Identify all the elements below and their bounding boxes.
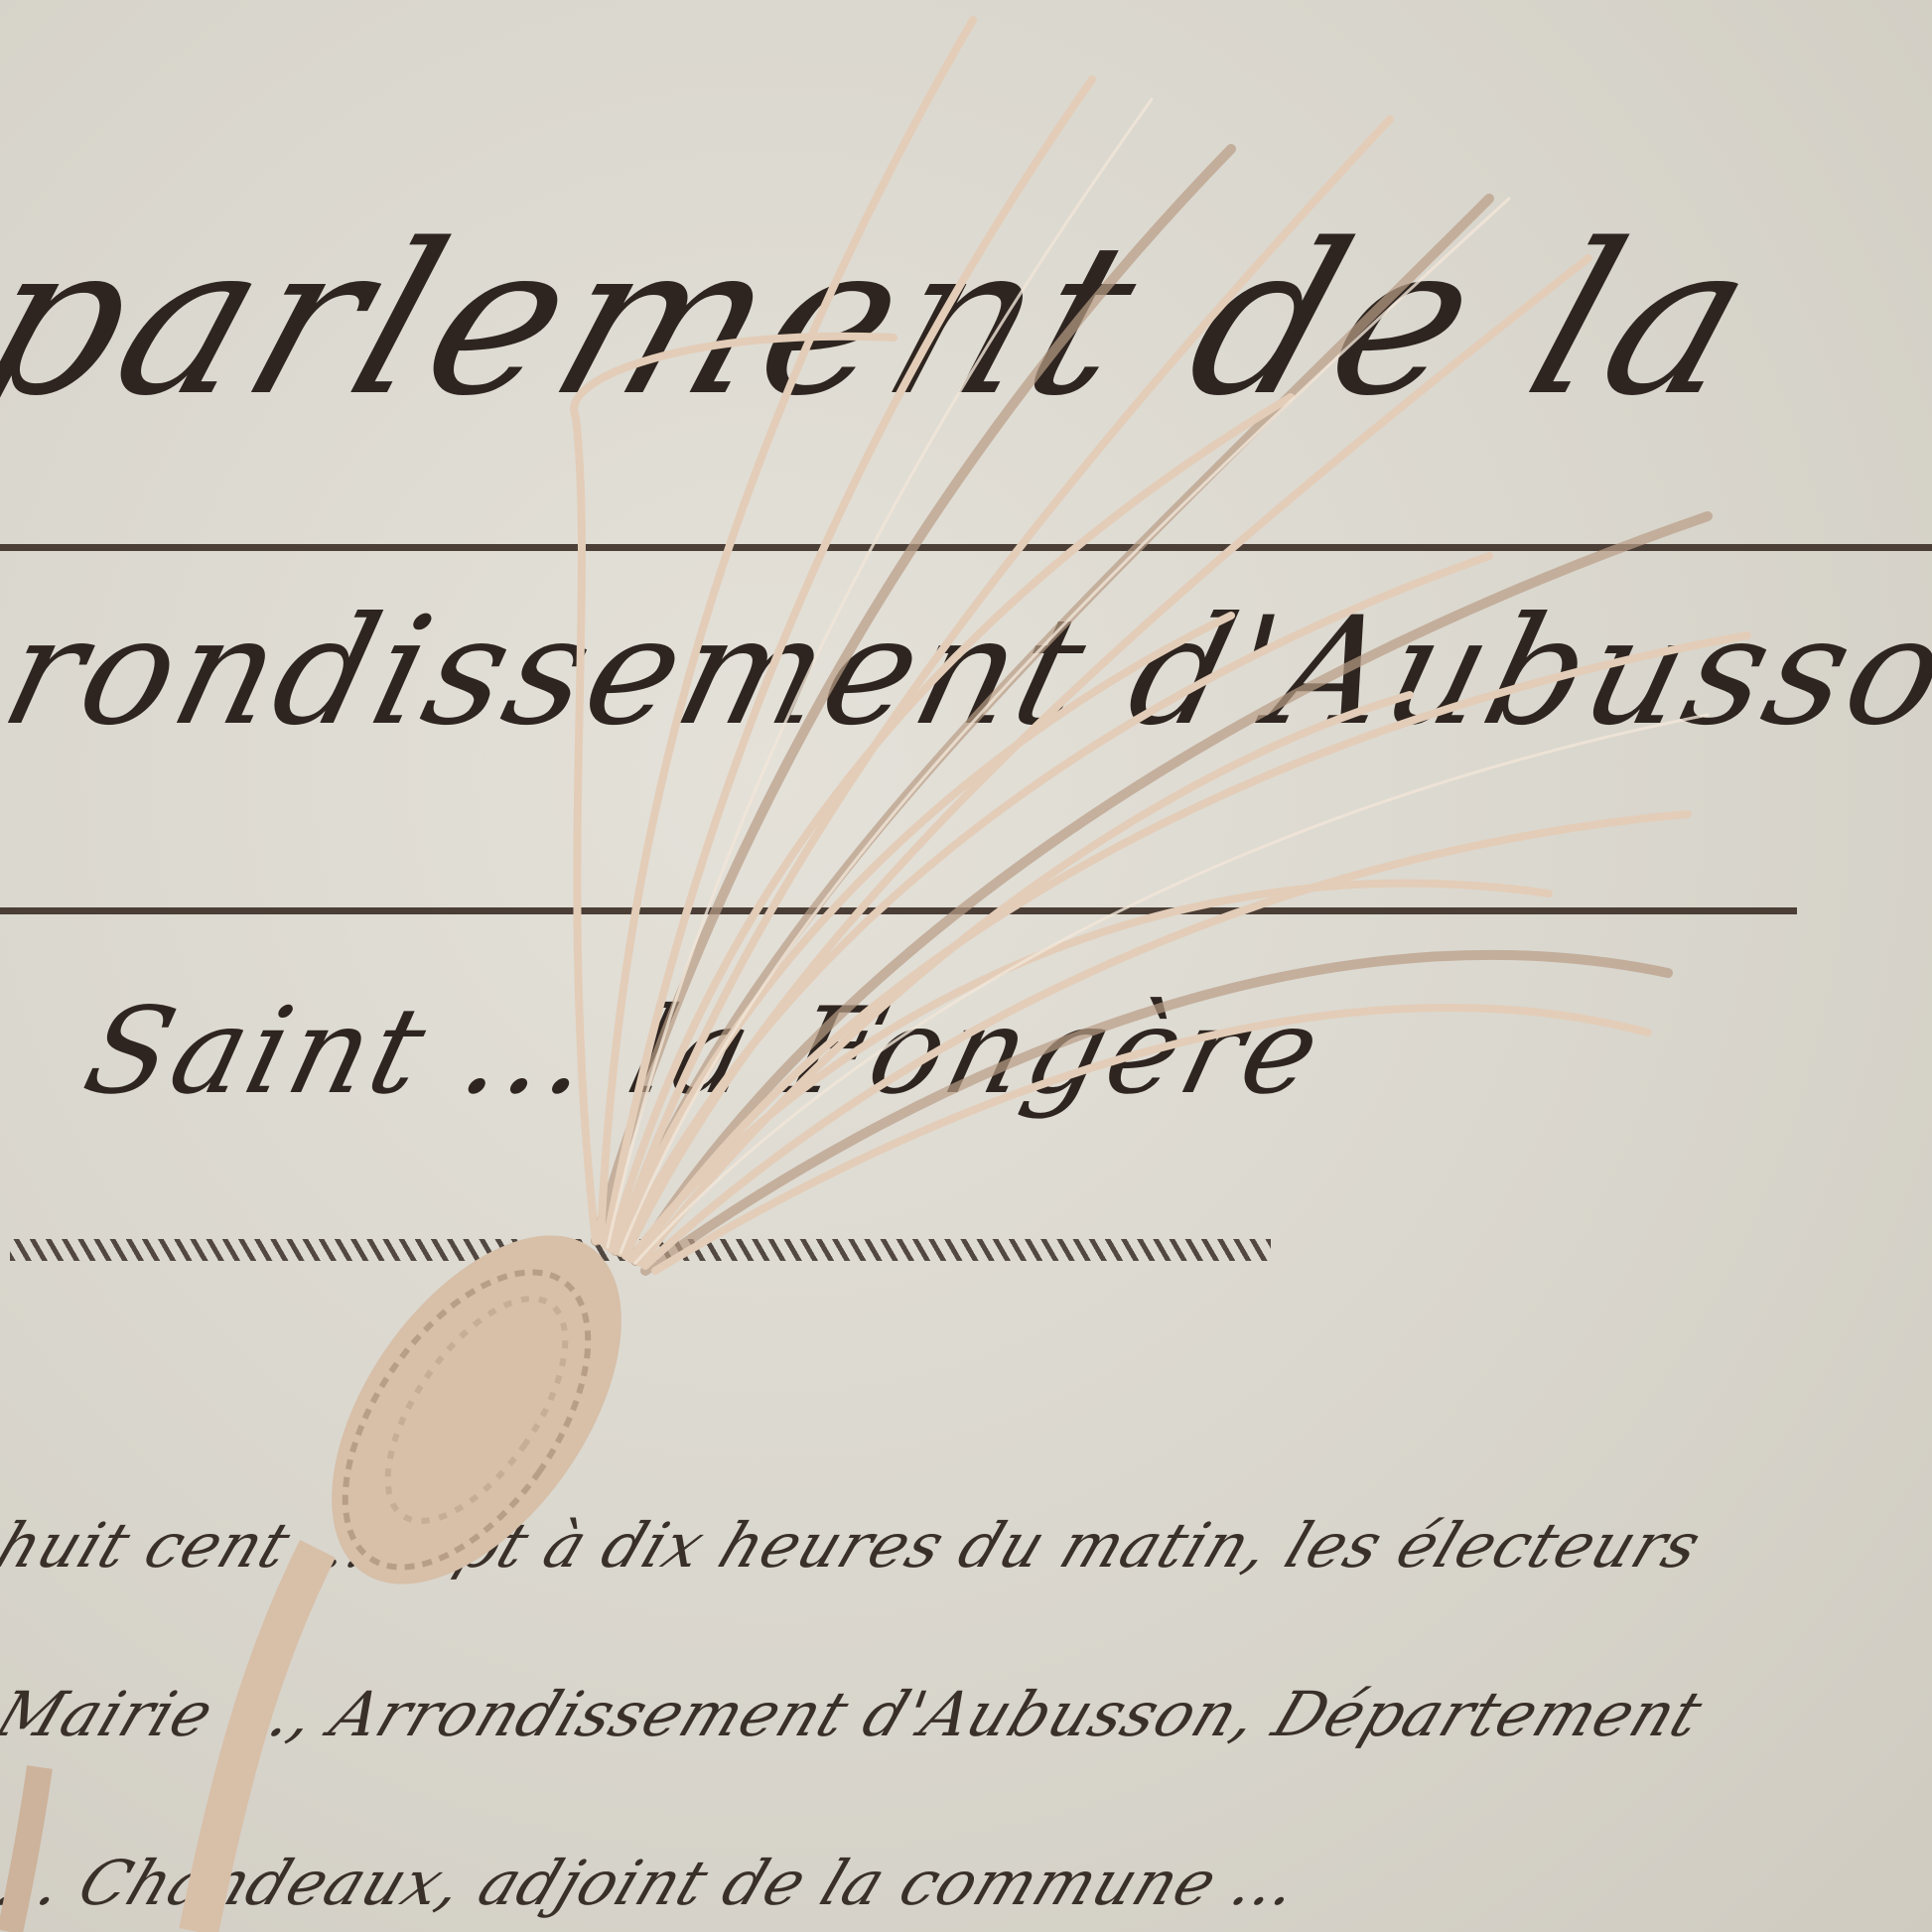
photograph: parlement de la rondissement d'Aubusson …: [0, 0, 1932, 1932]
tassel-cord: [199, 1549, 318, 1932]
tassel: [0, 0, 1932, 1932]
